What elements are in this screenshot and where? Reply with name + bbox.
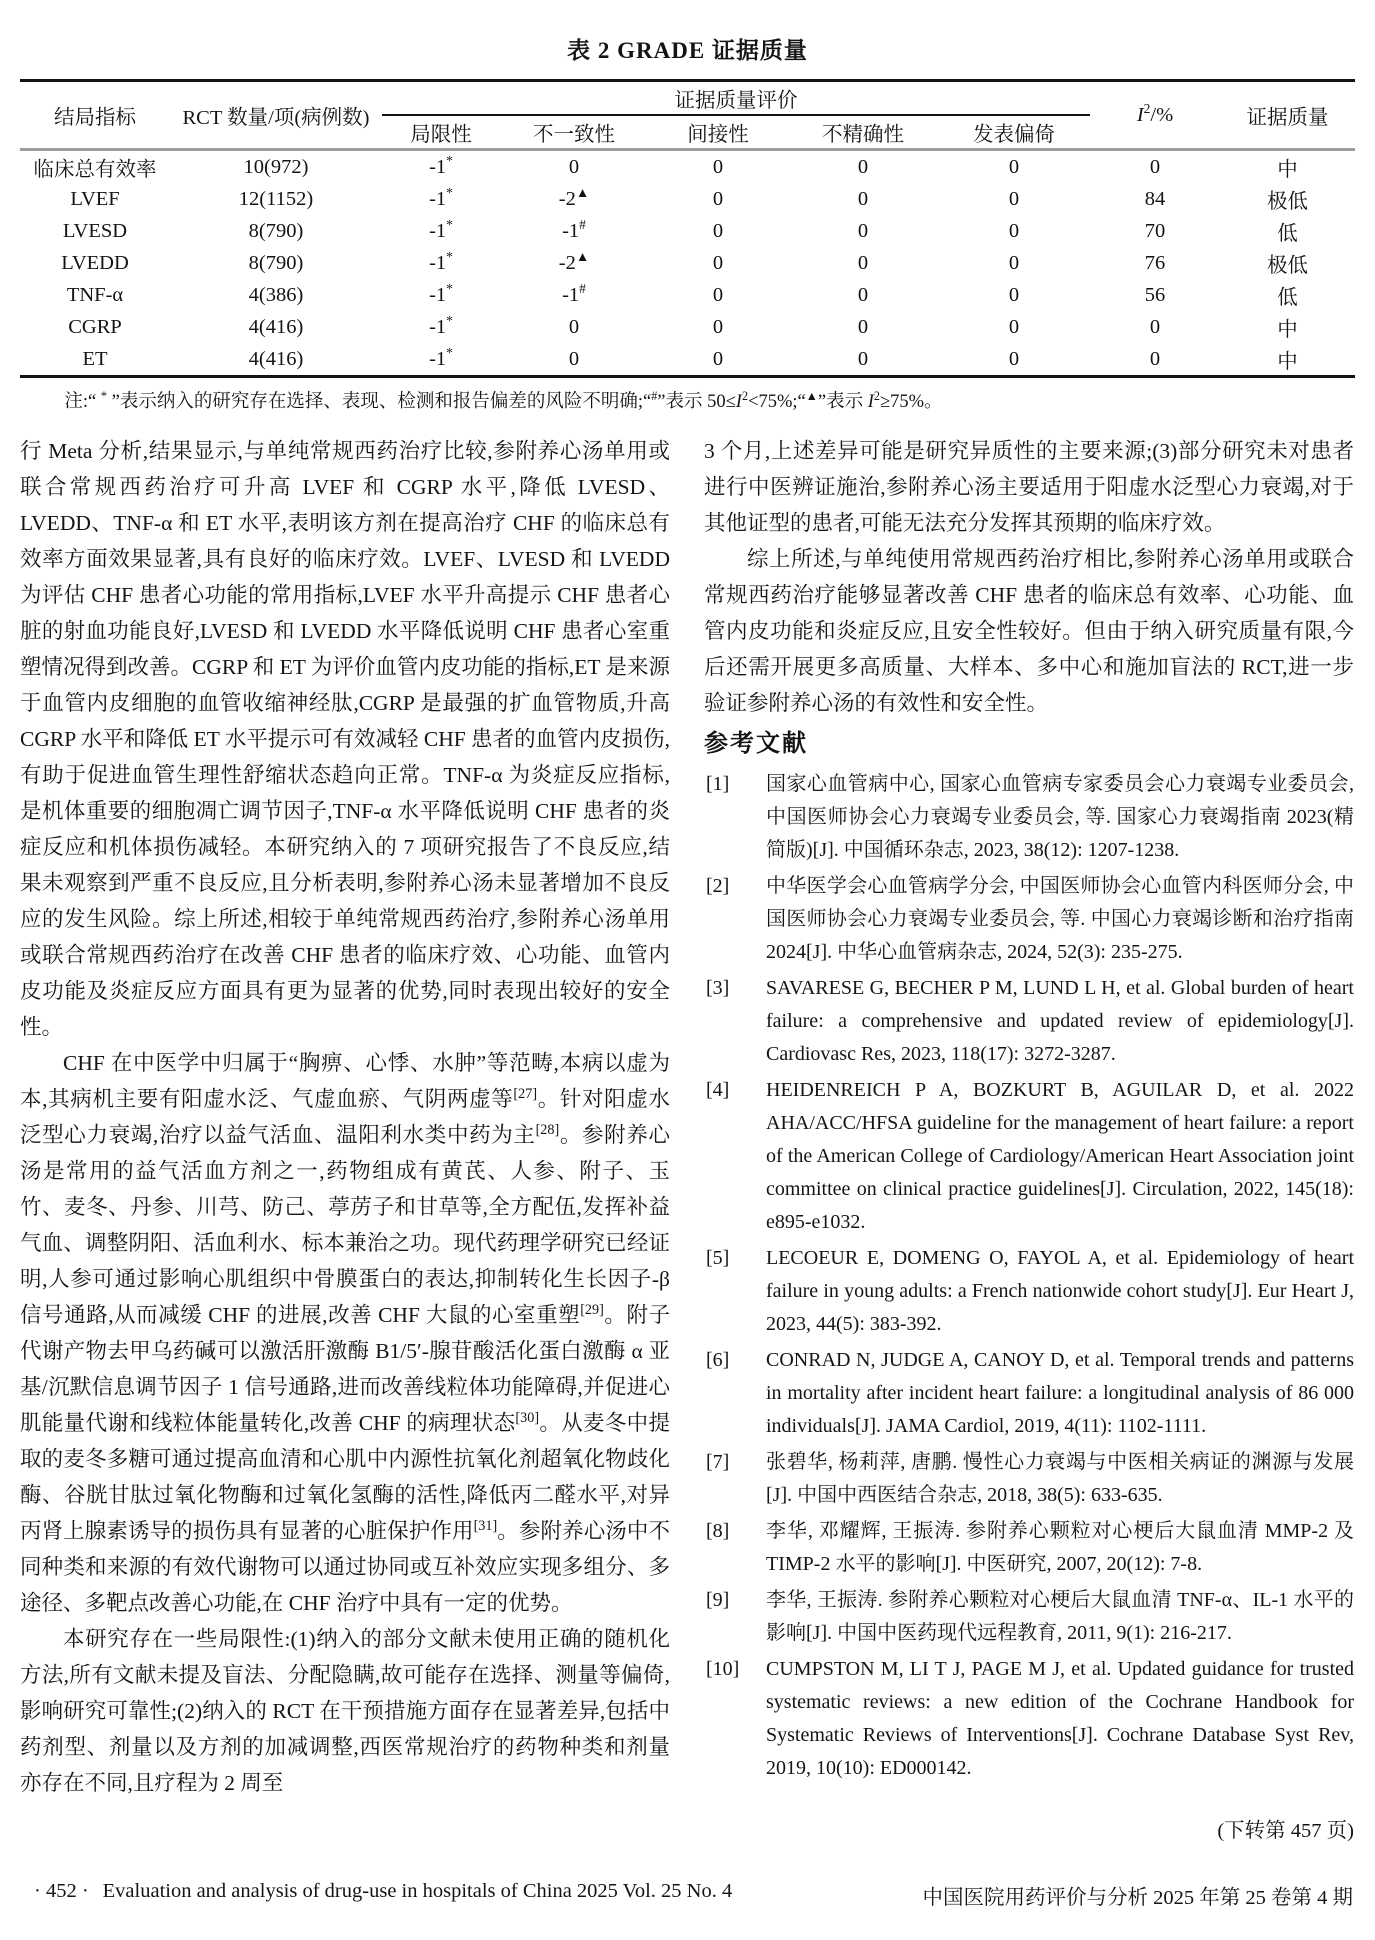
cell-i2: 84 [1090,183,1220,215]
cell-quality: 极低 [1220,183,1355,215]
cell-publication-bias: 0 [938,311,1090,343]
table-row: LVEF 12(1152) -1* -2▲ 0 0 0 84 极低 [20,183,1355,215]
cell-limitation: -1* [382,343,500,377]
header-publication-bias: 发表偏倚 [938,115,1090,150]
body-text: 行 Meta 分析,结果显示,与单纯常规西药治疗比较,参附养心汤单用或联合常规西… [20,433,1355,1849]
cell-rct: 8(790) [170,247,382,279]
reference-text: 国家心血管病中心, 国家心血管病专家委员会心力衰竭专业委员会, 中国医师协会心力… [766,773,1354,861]
reference-text: 李华, 王振涛. 参附养心颗粒对心梗后大鼠血清 TNF-α、IL-1 水平的影响… [766,1589,1354,1644]
table-row: CGRP 4(416) -1* 0 0 0 0 0 中 [20,311,1355,343]
cell-outcome: ET [20,343,170,377]
cell-inconsistency: -1# [500,279,648,311]
cell-inconsistency: 0 [500,343,648,377]
journal-page: 表 2 GRADE 证据质量 结局指标 RCT 数量/项(病例数) 证据质量评价… [0,0,1375,1940]
reference-item: [2] 中华医学会心血管病学分会, 中国医师协会心血管内科医师分会, 中国医师协… [704,870,1354,969]
right-column: 3 个月,上述差异可能是研究异质性的主要来源;(3)部分研究未对患者进行中医辨证… [704,433,1354,1849]
cell-quality: 低 [1220,215,1355,247]
reference-label: [10] [706,1653,739,1686]
header-quality: 证据质量 [1220,81,1355,150]
cell-publication-bias: 0 [938,150,1090,184]
reference-item: [4] HEIDENREICH P A, BOZKURT B, AGUILAR … [704,1074,1354,1239]
page-number: · 452 · [34,1880,89,1902]
cell-indirectness: 0 [648,311,788,343]
cell-indirectness: 0 [648,150,788,184]
cell-publication-bias: 0 [938,183,1090,215]
cell-imprecision: 0 [788,247,938,279]
reference-label: [2] [706,870,729,903]
reference-text: 张碧华, 杨莉萍, 唐鹏. 慢性心力衰竭与中医相关病证的渊源与发展[J]. 中国… [766,1451,1354,1506]
cell-limitation: -1* [382,150,500,184]
reference-item: [7] 张碧华, 杨莉萍, 唐鹏. 慢性心力衰竭与中医相关病证的渊源与发展[J]… [704,1446,1354,1512]
footer-left: · 452 ·Evaluation and analysis of drug-u… [34,1880,746,1910]
reference-text: LECOEUR E, DOMENG O, FAYOL A, et al. Epi… [766,1247,1354,1335]
table-row: LVESD 8(790) -1* -1# 0 0 0 70 低 [20,215,1355,247]
cell-outcome: CGRP [20,311,170,343]
reference-text: 中华医学会心血管病学分会, 中国医师协会心血管内科医师分会, 中国医师协会心力衰… [766,875,1354,963]
cell-i2: 0 [1090,343,1220,377]
header-indirectness: 间接性 [648,115,788,150]
cell-limitation: -1* [382,279,500,311]
table-row: TNF-α 4(386) -1* -1# 0 0 0 56 低 [20,279,1355,311]
cell-i2: 70 [1090,215,1220,247]
continued-on-page-note: (下转第 457 页) [704,1813,1354,1849]
header-i2: I2/% [1090,81,1220,150]
header-evidence-group: 证据质量评价 [382,81,1090,116]
reference-label: [8] [706,1515,729,1548]
cell-imprecision: 0 [788,215,938,247]
references-heading: 参考文献 [704,723,1354,765]
cell-inconsistency: -2▲ [500,247,648,279]
left-column: 行 Meta 分析,结果显示,与单纯常规西药治疗比较,参附养心汤单用或联合常规西… [20,433,670,1849]
cell-rct: 12(1152) [170,183,382,215]
cell-limitation: -1* [382,183,500,215]
reference-label: [6] [706,1344,729,1377]
cell-publication-bias: 0 [938,279,1090,311]
cell-rct: 4(416) [170,311,382,343]
cell-publication-bias: 0 [938,247,1090,279]
cell-inconsistency: -1# [500,215,648,247]
table-row: LVEDD 8(790) -1* -2▲ 0 0 0 76 极低 [20,247,1355,279]
reference-item: [10] CUMPSTON M, LI T J, PAGE M J, et al… [704,1653,1354,1785]
paragraph: 3 个月,上述差异可能是研究异质性的主要来源;(3)部分研究未对患者进行中医辨证… [704,433,1354,541]
reference-label: [9] [706,1584,729,1617]
cell-i2: 0 [1090,311,1220,343]
table-row: 临床总有效率 10(972) -1* 0 0 0 0 0 中 [20,150,1355,184]
cell-publication-bias: 0 [938,343,1090,377]
cell-publication-bias: 0 [938,215,1090,247]
cell-outcome: LVESD [20,215,170,247]
cell-rct: 4(386) [170,279,382,311]
cell-i2: 56 [1090,279,1220,311]
cell-quality: 极低 [1220,247,1355,279]
reference-item: [5] LECOEUR E, DOMENG O, FAYOL A, et al.… [704,1242,1354,1341]
reference-text: CONRAD N, JUDGE A, CANOY D, et al. Tempo… [766,1349,1354,1437]
cell-quality: 中 [1220,311,1355,343]
reference-text: SAVARESE G, BECHER P M, LUND L H, et al.… [766,977,1354,1065]
table-header-row-1: 结局指标 RCT 数量/项(病例数) 证据质量评价 I2/% 证据质量 [20,81,1355,116]
cell-outcome: 临床总有效率 [20,150,170,184]
reference-text: CUMPSTON M, LI T J, PAGE M J, et al. Upd… [766,1658,1354,1779]
cell-inconsistency: 0 [500,150,648,184]
reference-label: [3] [706,972,729,1005]
reference-item: [1] 国家心血管病中心, 国家心血管病专家委员会心力衰竭专业委员会, 中国医师… [704,768,1354,867]
cell-i2: 0 [1090,150,1220,184]
reference-text: HEIDENREICH P A, BOZKURT B, AGUILAR D, e… [766,1079,1354,1233]
table-footnote: 注:“ * ”表示纳入的研究存在选择、表现、检测和报告偏差的风险不明确;“#”表… [20,387,1355,413]
cell-indirectness: 0 [648,183,788,215]
cell-outcome: LVEDD [20,247,170,279]
table-title: 表 2 GRADE 证据质量 [20,32,1355,65]
header-outcome: 结局指标 [20,81,170,150]
reference-item: [8] 李华, 邓耀辉, 王振涛. 参附养心颗粒对心梗后大鼠血清 MMP-2 及… [704,1515,1354,1581]
cell-inconsistency: 0 [500,311,648,343]
footer-right: 中国医院用药评价与分析 2025 年第 25 卷第 4 期 [923,1880,1354,1910]
reference-label: [1] [706,768,729,801]
references-list: [1] 国家心血管病中心, 国家心血管病专家委员会心力衰竭专业委员会, 中国医师… [704,768,1354,1785]
cell-imprecision: 0 [788,279,938,311]
header-limitation: 局限性 [382,115,500,150]
cell-rct: 8(790) [170,215,382,247]
header-rct: RCT 数量/项(病例数) [170,81,382,150]
paragraph: CHF 在中医学中归属于“胸痹、心悸、水肿”等范畴,本病以虚为本,其病机主要有阳… [20,1045,670,1621]
reference-text: 李华, 邓耀辉, 王振涛. 参附养心颗粒对心梗后大鼠血清 MMP-2 及 TIM… [766,1520,1354,1575]
cell-outcome: TNF-α [20,279,170,311]
paragraph: 综上所述,与单纯使用常规西药治疗相比,参附养心汤单用或联合常规西药治疗能够显著改… [704,541,1354,721]
cell-indirectness: 0 [648,215,788,247]
cell-limitation: -1* [382,215,500,247]
cell-imprecision: 0 [788,150,938,184]
cell-limitation: -1* [382,311,500,343]
cell-outcome: LVEF [20,183,170,215]
cell-i2: 76 [1090,247,1220,279]
reference-item: [9] 李华, 王振涛. 参附养心颗粒对心梗后大鼠血清 TNF-α、IL-1 水… [704,1584,1354,1650]
page-footer: · 452 ·Evaluation and analysis of drug-u… [34,1880,1353,1910]
reference-item: [6] CONRAD N, JUDGE A, CANOY D, et al. T… [704,1344,1354,1443]
header-imprecision: 不精确性 [788,115,938,150]
cell-indirectness: 0 [648,343,788,377]
reference-label: [4] [706,1074,729,1107]
header-inconsistency: 不一致性 [500,115,648,150]
cell-quality: 中 [1220,150,1355,184]
table-row: ET 4(416) -1* 0 0 0 0 0 中 [20,343,1355,377]
paragraph: 行 Meta 分析,结果显示,与单纯常规西药治疗比较,参附养心汤单用或联合常规西… [20,433,670,1045]
grade-evidence-table: 结局指标 RCT 数量/项(病例数) 证据质量评价 I2/% 证据质量 局限性 … [20,79,1355,378]
cell-imprecision: 0 [788,183,938,215]
journal-title-english: Evaluation and analysis of drug-use in h… [103,1880,733,1902]
reference-label: [7] [706,1446,729,1479]
cell-imprecision: 0 [788,343,938,377]
reference-item: [3] SAVARESE G, BECHER P M, LUND L H, et… [704,972,1354,1071]
cell-indirectness: 0 [648,279,788,311]
cell-limitation: -1* [382,247,500,279]
paragraph: 本研究存在一些局限性:(1)纳入的部分文献未使用正确的随机化方法,所有文献未提及… [20,1621,670,1801]
cell-rct: 4(416) [170,343,382,377]
cell-rct: 10(972) [170,150,382,184]
cell-quality: 中 [1220,343,1355,377]
reference-label: [5] [706,1242,729,1275]
cell-inconsistency: -2▲ [500,183,648,215]
cell-imprecision: 0 [788,311,938,343]
cell-indirectness: 0 [648,247,788,279]
cell-quality: 低 [1220,279,1355,311]
